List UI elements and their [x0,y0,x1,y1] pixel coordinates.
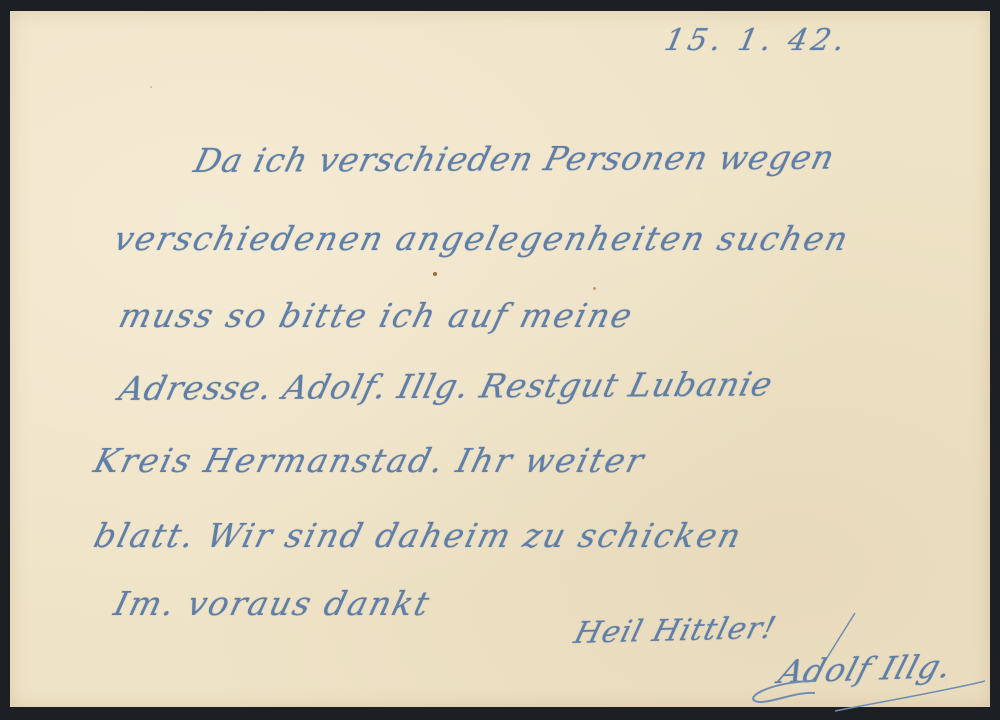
paper-stain [433,272,437,276]
body-line-5: Kreis Hermanstad. Ihr weiter [90,441,649,480]
body-line-1: Da ich verschieden Personen wegen [190,138,839,180]
postcard: 15. 1. 42. Da ich verschieden Personen w… [10,11,990,707]
date: 15. 1. 42. [661,23,852,58]
body-line-6: blatt. Wir sind daheim zu schicken [90,516,747,555]
body-line-4: Adresse. Adolf. Illg. Restgut Lubanie [115,364,777,408]
body-line-2: verschiedenen angelegenheiten suchen [110,219,854,258]
closing-salutation: Heil Hittler! [570,611,780,651]
signature-flourish [745,651,1000,720]
paper-stain [593,287,596,290]
body-line-3: muss so bitte ich auf meine [115,296,638,335]
paper-stain [150,86,152,88]
body-line-7: Im. voraus dankt [110,584,435,623]
